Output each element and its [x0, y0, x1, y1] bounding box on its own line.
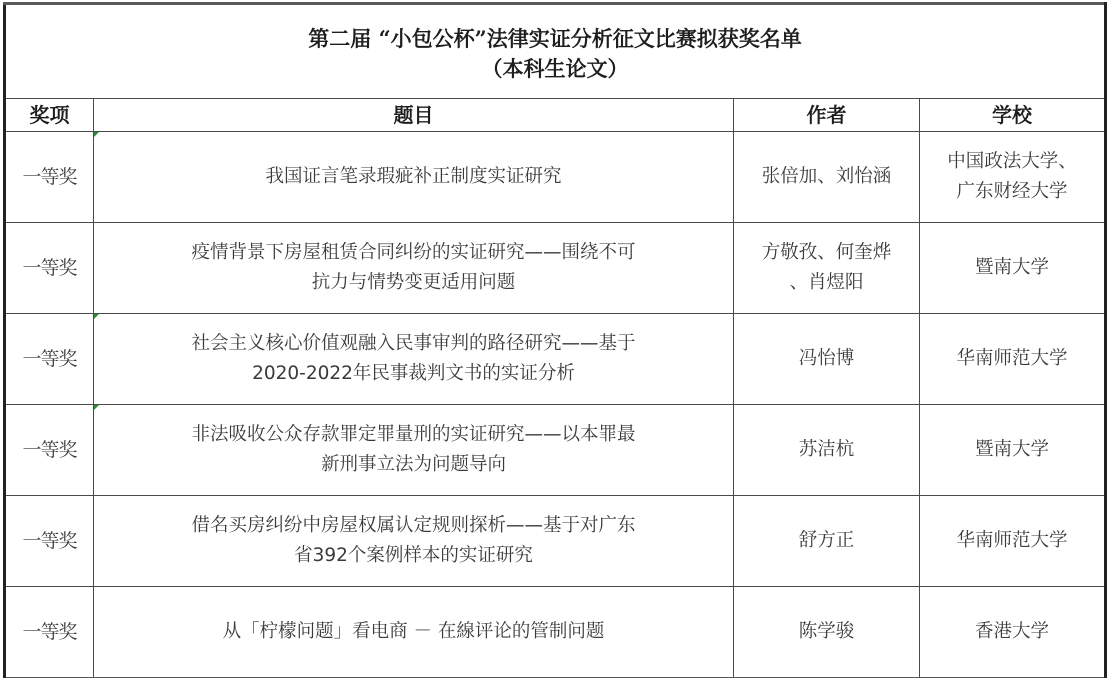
- author-cell: 舒方正: [734, 496, 920, 587]
- topic-line: 省392个案例样本的实证研究: [100, 541, 727, 571]
- column-header-topic: 题目: [94, 99, 734, 132]
- author-cell: 陈学骏: [734, 587, 920, 678]
- school-line: 暨南大学: [922, 253, 1102, 283]
- table-row: 一等奖社会主义核心价值观融入民事审判的路径研究——基于2020-2022年民事裁…: [5, 314, 1106, 405]
- author-cell: 冯怡博: [734, 314, 920, 405]
- topic-line: 借名买房纠纷中房屋权属认定规则探析——基于对广东: [100, 511, 727, 541]
- school-line: 华南师范大学: [922, 344, 1102, 374]
- document-title-cell: 第二届 “小包公杯”法律实证分析征文比赛拟获奖名单 （本科生论文）: [5, 4, 1106, 99]
- author-line: 、肖煜阳: [736, 268, 917, 298]
- topic-cell: 疫情背景下房屋租赁合同纠纷的实证研究——围绕不可抗力与情势变更适用问题: [94, 223, 734, 314]
- author-line: 冯怡博: [736, 344, 917, 374]
- table-row: 一等奖从「柠檬问题」看电商 － 在線评论的管制问题陈学骏香港大学: [5, 587, 1106, 678]
- school-cell: 暨南大学: [920, 223, 1106, 314]
- comment-marker-icon: [94, 405, 99, 410]
- award-list-sheet: 第二届 “小包公杯”法律实证分析征文比赛拟获奖名单 （本科生论文） 奖项 题目 …: [3, 2, 1104, 677]
- school-line: 中国政法大学、: [922, 147, 1102, 177]
- author-cell: 苏洁杭: [734, 405, 920, 496]
- school-line: 暨南大学: [922, 435, 1102, 465]
- award-cell: 一等奖: [5, 496, 94, 587]
- author-cell: 张倍加、刘怡涵: [734, 132, 920, 223]
- award-cell: 一等奖: [5, 587, 94, 678]
- topic-cell: 借名买房纠纷中房屋权属认定规则探析——基于对广东省392个案例样本的实证研究: [94, 496, 734, 587]
- author-line: 张倍加、刘怡涵: [736, 162, 917, 192]
- school-cell: 华南师范大学: [920, 496, 1106, 587]
- table-row: 一等奖疫情背景下房屋租赁合同纠纷的实证研究——围绕不可抗力与情势变更适用问题方敬…: [5, 223, 1106, 314]
- award-cell: 一等奖: [5, 405, 94, 496]
- topic-line: 新刑事立法为问题导向: [100, 450, 727, 480]
- school-cell: 暨南大学: [920, 405, 1106, 496]
- school-cell: 香港大学: [920, 587, 1106, 678]
- author-cell: 方敬孜、何奎烨、肖煜阳: [734, 223, 920, 314]
- school-cell: 华南师范大学: [920, 314, 1106, 405]
- author-line: 苏洁杭: [736, 435, 917, 465]
- school-line: 广东财经大学: [922, 177, 1102, 207]
- column-header-award: 奖项: [5, 99, 94, 132]
- topic-line: 2020-2022年民事裁判文书的实证分析: [100, 359, 727, 389]
- author-line: 陈学骏: [736, 617, 917, 647]
- award-cell: 一等奖: [5, 314, 94, 405]
- topic-line: 非法吸收公众存款罪定罪量刑的实证研究——以本罪最: [100, 420, 727, 450]
- author-line: 舒方正: [736, 526, 917, 556]
- column-header-school: 学校: [920, 99, 1106, 132]
- document-subtitle: （本科生论文）: [6, 54, 1104, 84]
- author-line: 方敬孜、何奎烨: [736, 238, 917, 268]
- school-line: 香港大学: [922, 617, 1102, 647]
- topic-line: 疫情背景下房屋租赁合同纠纷的实证研究——围绕不可: [100, 238, 727, 268]
- award-cell: 一等奖: [5, 132, 94, 223]
- topic-line: 抗力与情势变更适用问题: [100, 268, 727, 298]
- school-cell: 中国政法大学、广东财经大学: [920, 132, 1106, 223]
- topic-line: 社会主义核心价值观融入民事审判的路径研究——基于: [100, 329, 727, 359]
- document-title: 第二届 “小包公杯”法律实证分析征文比赛拟获奖名单: [6, 24, 1104, 54]
- topic-cell: 社会主义核心价值观融入民事审判的路径研究——基于2020-2022年民事裁判文书…: [94, 314, 734, 405]
- school-line: 华南师范大学: [922, 526, 1102, 556]
- topic-cell: 从「柠檬问题」看电商 － 在線评论的管制问题: [94, 587, 734, 678]
- award-table: 第二届 “小包公杯”法律实证分析征文比赛拟获奖名单 （本科生论文） 奖项 题目 …: [3, 2, 1107, 678]
- table-row: 一等奖借名买房纠纷中房屋权属认定规则探析——基于对广东省392个案例样本的实证研…: [5, 496, 1106, 587]
- topic-cell: 我国证言笔录瑕疵补正制度实证研究: [94, 132, 734, 223]
- comment-marker-icon: [94, 314, 99, 319]
- comment-marker-icon: [94, 132, 99, 137]
- table-row: 一等奖我国证言笔录瑕疵补正制度实证研究张倍加、刘怡涵中国政法大学、广东财经大学: [5, 132, 1106, 223]
- topic-line: 我国证言笔录瑕疵补正制度实证研究: [100, 162, 727, 192]
- award-cell: 一等奖: [5, 223, 94, 314]
- table-row: 一等奖非法吸收公众存款罪定罪量刑的实证研究——以本罪最新刑事立法为问题导向苏洁杭…: [5, 405, 1106, 496]
- topic-cell: 非法吸收公众存款罪定罪量刑的实证研究——以本罪最新刑事立法为问题导向: [94, 405, 734, 496]
- column-header-author: 作者: [734, 99, 920, 132]
- topic-line: 从「柠檬问题」看电商 － 在線评论的管制问题: [100, 617, 727, 647]
